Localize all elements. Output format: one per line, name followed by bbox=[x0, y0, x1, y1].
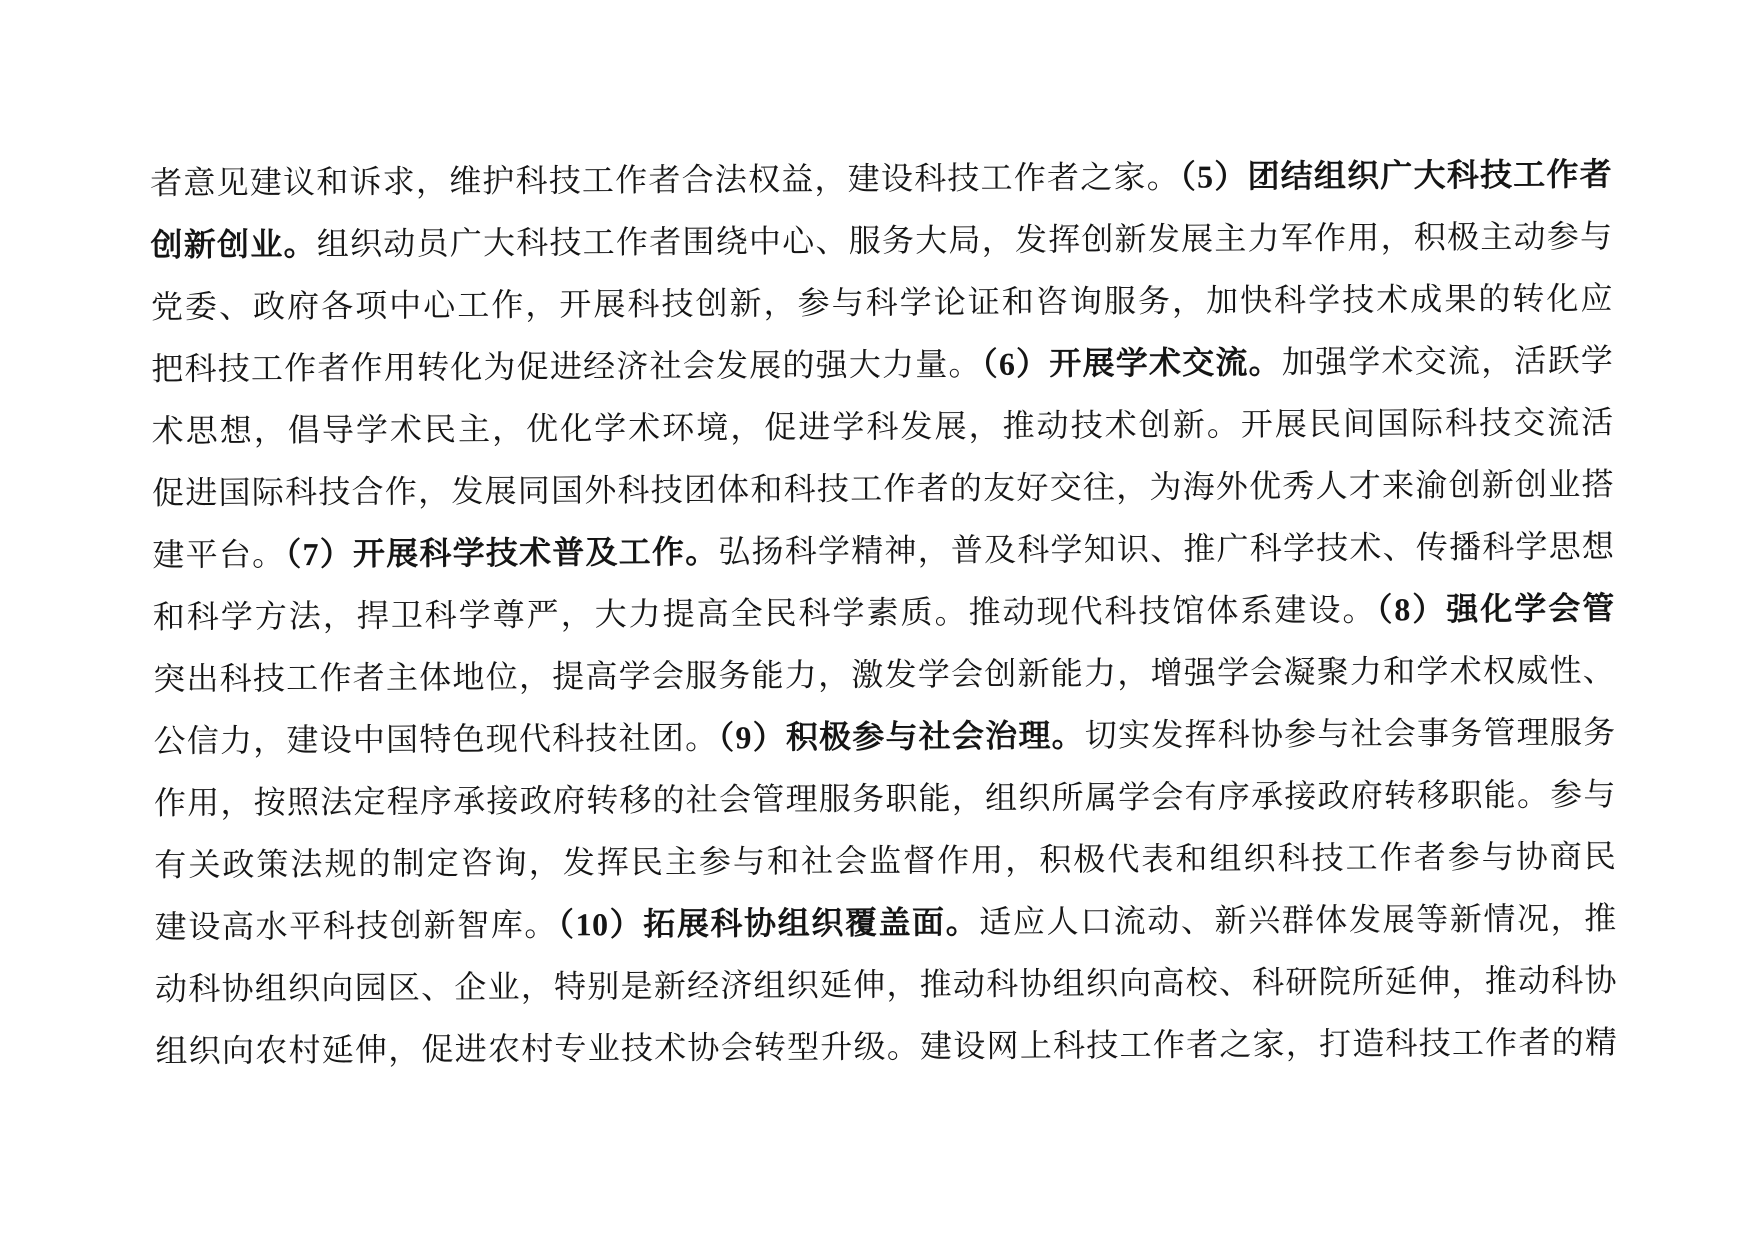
text-run: 突出科技工作者主体地位，提高学会服务能力，激发学会创新能力，增强学会凝聚力和学术… bbox=[153, 652, 1615, 697]
text-run: 党委、政府各项中心工作，开展科技创新，参与科学论证和咨询服务，加快科学技术成果的… bbox=[151, 280, 1613, 338]
text-run: 组织动员广大科技工作者围绕中心、服务大局，发挥创新发展主力军作用，积极主动参与 bbox=[317, 218, 1613, 262]
text-run: 促进国际科技合作，发展同国外科技团体和科技工作者的友好交往，为海外优秀人才来渝创… bbox=[152, 466, 1614, 511]
text-run: 动科协组织向园区、企业，特别是新经济组织延伸，推动科协组织向高校、科研院所延伸，… bbox=[155, 962, 1617, 1007]
heading-item-5-continued: 创新创业。 bbox=[150, 226, 316, 263]
text-line-1: 者意见建议和诉求，维护科技工作者合法权益，建设科技工作者之家。（5）团结组织广大… bbox=[150, 143, 1612, 214]
text-body: 者意见建议和诉求，维护科技工作者合法权益，建设科技工作者之家。（5）团结组织广大… bbox=[150, 143, 1618, 1082]
heading-item-7: （7）开展科学技术普及工作。 bbox=[285, 534, 718, 573]
text-line-15: 组织向农村延伸，促进农村专业技术协会转型升级。建设网上科技工作者之家，打造科技工… bbox=[155, 1011, 1617, 1082]
text-run: 弘扬科学精神，普及科学知识、推广科学技术、传播科学思想 bbox=[718, 528, 1614, 569]
text-run: 切实发挥科协参与社会事务管理服务 bbox=[1085, 714, 1616, 753]
text-run: 适应人口流动、新兴群体发展等新情况，推 bbox=[979, 900, 1617, 940]
heading-item-9: （9）积极参与社会治理。 bbox=[718, 717, 1085, 755]
text-line-12: 有关政策法规的制定咨询，发挥民主参与和社会监督作用，积极代表和组织科技工作者参与… bbox=[154, 825, 1616, 896]
text-line-3: 党委、政府各项中心工作，开展科技创新，参与科学论证和咨询服务，加快科学技术成果的… bbox=[151, 267, 1613, 338]
heading-item-10: （10）拓展科协组织覆盖面。 bbox=[558, 904, 980, 943]
text-line-5: 术思想，倡导学术民主，优化学术环境，促进学科发展，推动技术创新。开展民间国际科技… bbox=[152, 391, 1614, 462]
document-page: 者意见建议和诉求，维护科技工作者合法权益，建设科技工作者之家。（5）团结组织广大… bbox=[0, 0, 1754, 1241]
text-line-6: 促进国际科技合作，发展同国外科技团体和科技工作者的友好交往，为海外优秀人才来渝创… bbox=[152, 453, 1614, 524]
text-run: 建设高水平科技创新智库。 bbox=[155, 907, 558, 945]
text-run: 和科学方法，捍卫科学尊严，大力提高全民科学素质。推动现代科技馆体系建设。 bbox=[153, 592, 1377, 635]
text-run: 加强学术交流，活跃学 bbox=[1282, 342, 1614, 380]
text-run: 者意见建议和诉求，维护科技工作者合法权益，建设科技工作者之家。 bbox=[150, 159, 1180, 201]
text-line-10: 公信力，建设中国特色现代科技社团。（9）积极参与社会治理。切实发挥科协参与社会事… bbox=[153, 701, 1615, 772]
text-run: 把科技工作者作用转化为促进经济社会发展的强大力量。 bbox=[151, 346, 982, 387]
text-line-2: 创新创业。组织动员广大科技工作者围绕中心、服务大局，发挥创新发展主力军作用，积极… bbox=[150, 205, 1612, 276]
text-line-13: 建设高水平科技创新智库。（10）拓展科协组织覆盖面。适应人口流动、新兴群体发展等… bbox=[155, 887, 1617, 958]
text-line-4: 把科技工作者作用转化为促进经济社会发展的强大力量。（6）开展学术交流。加强学术交… bbox=[151, 329, 1613, 400]
text-run: 组织向农村延伸，促进农村专业技术协会转型升级。建设网上科技工作者之家，打造科技工… bbox=[155, 1024, 1617, 1069]
text-run: 作用，按照法定程序承接政府转移的社会管理服务职能，组织所属学会有序承接政府转移职… bbox=[154, 776, 1616, 821]
text-run: 有关政策法规的制定咨询，发挥民主参与和社会监督作用，积极代表和组织科技工作者参与… bbox=[154, 838, 1616, 896]
text-line-8: 和科学方法，捍卫科学尊严，大力提高全民科学素质。推动现代科技馆体系建设。（8）强… bbox=[153, 577, 1615, 648]
text-run: 公信力，建设中国特色现代科技社团。 bbox=[153, 720, 718, 759]
text-run: 建平台。 bbox=[152, 536, 285, 573]
text-line-9: 突出科技工作者主体地位，提高学会服务能力，激发学会创新能力，增强学会凝聚力和学术… bbox=[153, 639, 1615, 710]
text-run: 术思想，倡导学术民主，优化学术环境，促进学科发展，推动技术创新。开展民间国际科技… bbox=[152, 404, 1614, 462]
text-line-11: 作用，按照法定程序承接政府转移的社会管理服务职能，组织所属学会有序承接政府转移职… bbox=[154, 763, 1616, 834]
heading-item-6: （6）开展学术交流。 bbox=[982, 344, 1282, 382]
text-line-7: 建平台。（7）开展科学技术普及工作。弘扬科学精神，普及科学知识、推广科学技术、传… bbox=[152, 515, 1614, 586]
text-line-14: 动科协组织向园区、企业，特别是新经济组织延伸，推动科协组织向高校、科研院所延伸，… bbox=[155, 949, 1617, 1020]
heading-item-5: （5）团结组织广大科技工作者 bbox=[1180, 156, 1613, 195]
